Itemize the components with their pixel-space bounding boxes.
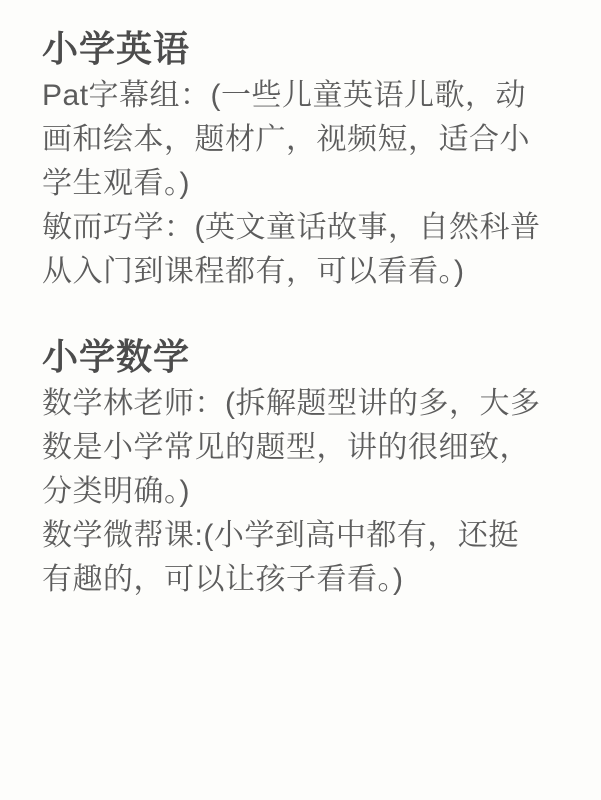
entry-math-weibangke: 数学微帮课:(小学到高中都有，还挺有趣的，可以让孩子看看。) bbox=[42, 514, 543, 602]
section-primary-english: 小学英语 Pat字幕组：(一些儿童英语儿歌，动画和绘本，题材广，视频短，适合小学… bbox=[42, 24, 543, 294]
section-heading-primary-english: 小学英语 bbox=[42, 24, 543, 74]
entry-min-er-qiao-xue: 敏而巧学：(英文童话故事，自然科普从入门到课程都有，可以看看。) bbox=[42, 206, 543, 294]
entry-math-teacher-lin: 数学林老师：(拆解题型讲的多，大多数是小学常见的题型，讲的很细致，分类明确。) bbox=[42, 382, 543, 514]
section-heading-primary-math: 小学数学 bbox=[42, 332, 543, 382]
entry-pat-subtitle-group: Pat字幕组：(一些儿童英语儿歌，动画和绘本，题材广，视频短，适合小学生观看。) bbox=[42, 74, 543, 206]
notes-page: 小学英语 Pat字幕组：(一些儿童英语儿歌，动画和绘本，题材广，视频短，适合小学… bbox=[0, 0, 601, 800]
section-primary-math: 小学数学 数学林老师：(拆解题型讲的多，大多数是小学常见的题型，讲的很细致，分类… bbox=[42, 332, 543, 602]
